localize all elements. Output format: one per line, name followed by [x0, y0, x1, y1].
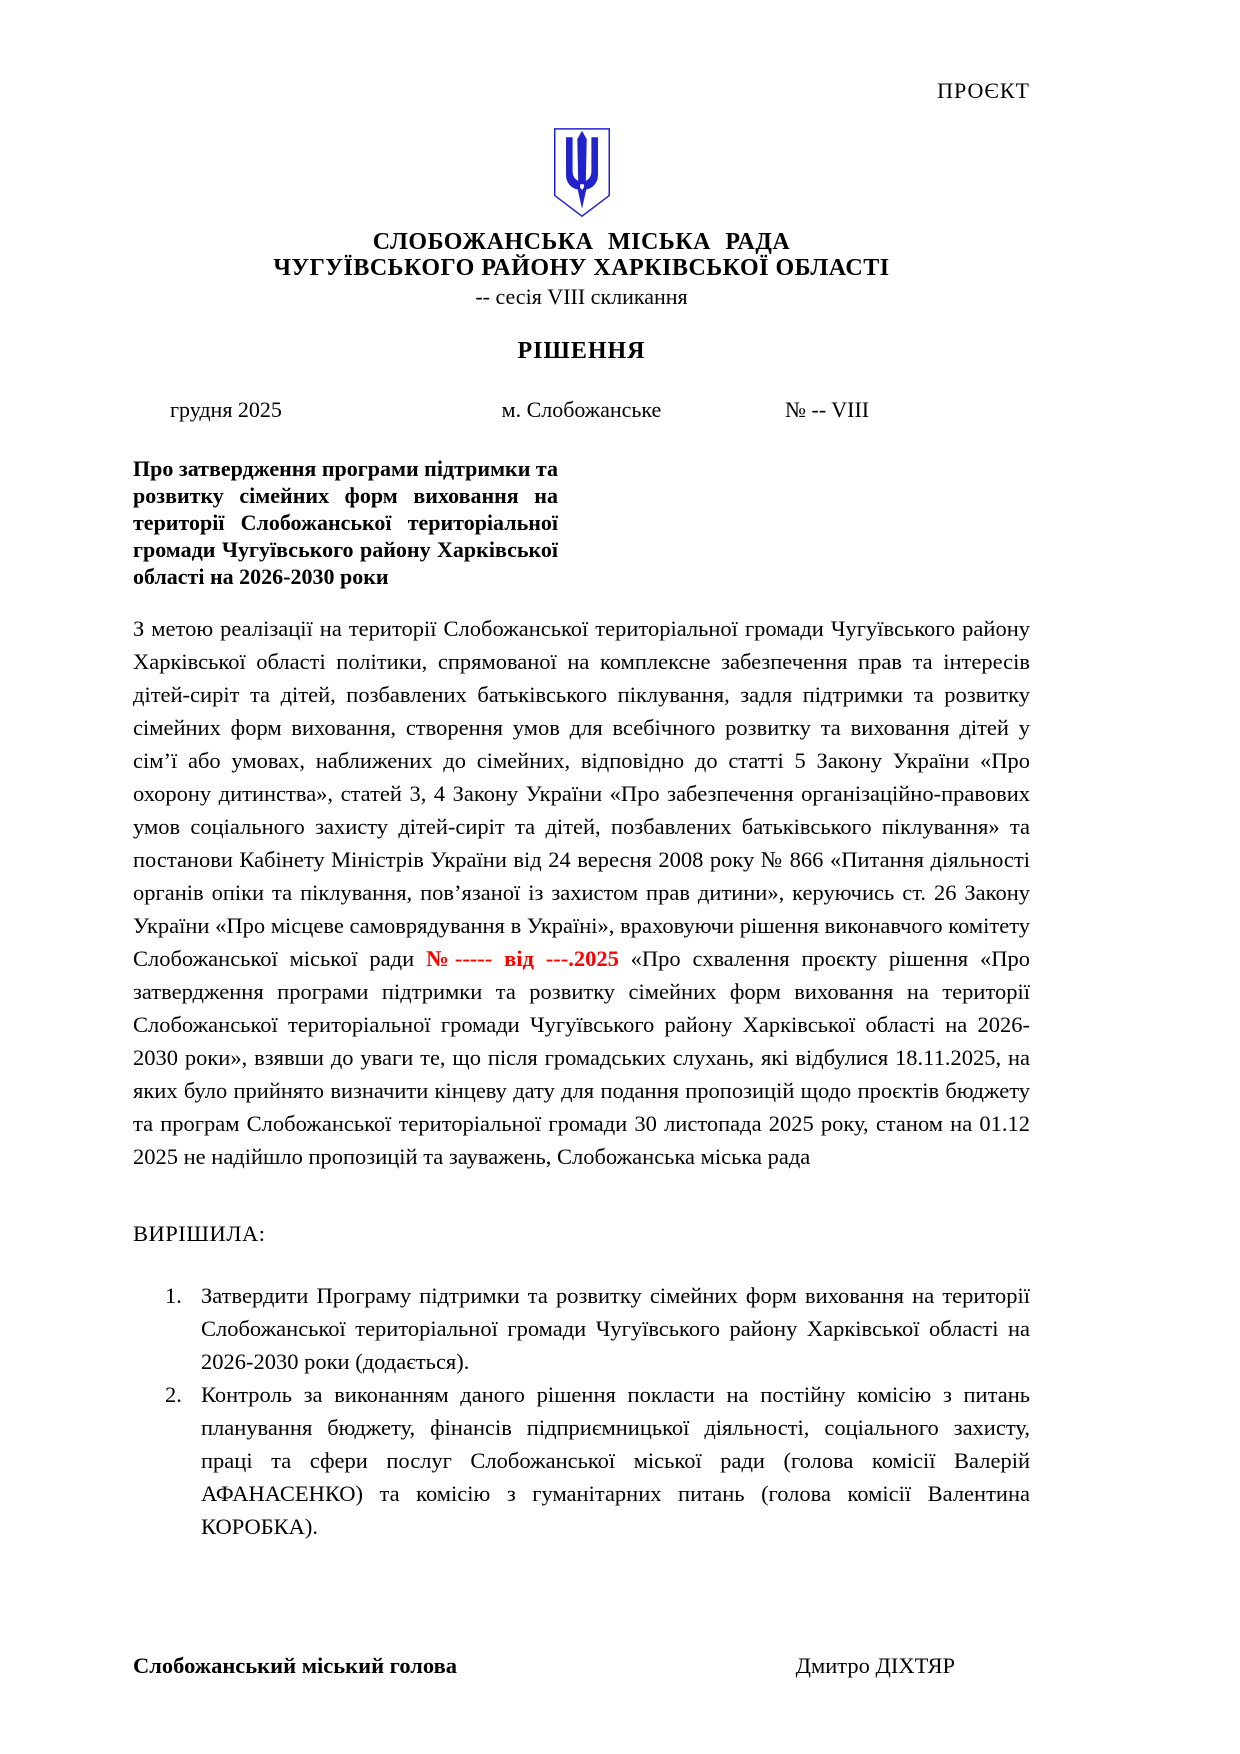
body-text-after-highlight: «Про схвалення проєкту рішення «Про затв…	[133, 946, 1030, 1169]
document-date: грудня 2025	[133, 397, 432, 423]
org-name-line1: СЛОБОЖАНСЬКА МІСЬКА РАДА	[133, 229, 1030, 255]
list-item: 2. Контроль за виконанням даного рішення…	[165, 1378, 1030, 1543]
trident-center-prong	[577, 131, 586, 185]
resolution-heading: ВИРІШИЛА:	[133, 1221, 1030, 1247]
ukraine-trident-emblem-icon	[551, 126, 613, 220]
signature-name: Дмитро ДІХТЯР	[796, 1653, 1030, 1679]
body-paragraph: З метою реалізації на території Слобожан…	[133, 612, 1030, 1173]
document-header: СЛОБОЖАНСЬКА МІСЬКА РАДА ЧУГУЇВСЬКОГО РА…	[133, 126, 1030, 308]
list-item-text: Контроль за виконанням даного рішення по…	[201, 1378, 1030, 1543]
trident-base	[576, 183, 587, 208]
list-item: 1. Затвердити Програму підтримки та розв…	[165, 1279, 1030, 1378]
document-page: ПРОЄКТ СЛОБОЖАНСЬКА МІСЬКА РАДА ЧУГУЇВСЬ…	[0, 0, 1240, 1754]
signature-title: Слобожанський міський голова	[133, 1653, 457, 1679]
meta-row: грудня 2025 м. Слобожанське № -- VIII	[133, 397, 1030, 423]
session-line: -- сесія VIII скликання	[133, 286, 1030, 308]
body-text-before-highlight: З метою реалізації на території Слобожан…	[133, 616, 1030, 971]
document-place: м. Слобожанське	[432, 397, 731, 423]
document-type-title: РІШЕННЯ	[133, 338, 1030, 365]
signature-row: Слобожанський міський голова Дмитро ДІХТ…	[133, 1653, 1030, 1679]
document-number: № -- VIII	[731, 397, 1030, 423]
list-item-number: 2.	[165, 1378, 201, 1543]
org-name-line2: ЧУГУЇВСЬКОГО РАЙОНУ ХАРКІВСЬКОЇ ОБЛАСТІ	[133, 255, 1030, 281]
resolution-list: 1. Затвердити Програму підтримки та розв…	[133, 1279, 1030, 1543]
list-item-text: Затвердити Програму підтримки та розвитк…	[201, 1279, 1030, 1378]
subject-paragraph: Про затвердження програми підтримки та р…	[133, 455, 558, 590]
draft-label: ПРОЄКТ	[133, 80, 1030, 102]
highlighted-number-placeholder: №----- від ---.2025	[426, 946, 619, 971]
list-item-number: 1.	[165, 1279, 201, 1378]
